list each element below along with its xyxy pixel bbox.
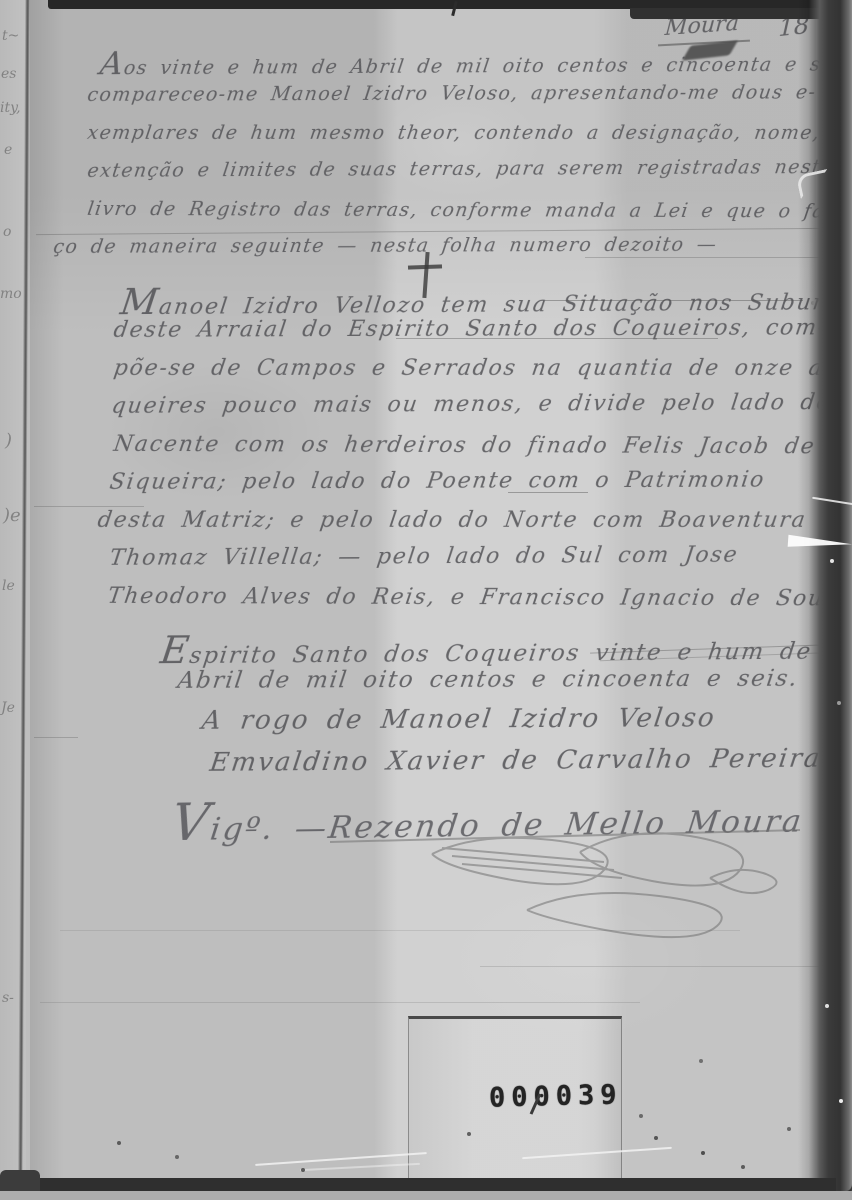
margin-fragment: )	[5, 430, 12, 451]
margin-fragment: )e	[3, 505, 21, 526]
gutter-shadow	[30, 0, 64, 1200]
margin-fragment: le	[2, 578, 15, 594]
margin-fragment: o	[3, 224, 11, 240]
manuscript-line: Thomaz Villella; — pelo lado do Sul com …	[108, 543, 740, 571]
margin-fragment: s-	[2, 990, 14, 1006]
manuscript-line: xemplares de hum mesmo theor, contendo a…	[86, 122, 847, 144]
manuscript-line: Aos vinte e hum de Abril de mil oito cen…	[98, 42, 852, 82]
margin-fragment: es	[1, 66, 16, 82]
scan-line	[60, 930, 740, 931]
margin-fragment: mo	[0, 286, 22, 302]
attestation-line: A rogo de Manoel Izidro Veloso	[200, 703, 718, 736]
scan-line	[585, 257, 833, 258]
scan-line	[34, 506, 144, 507]
signature-flourish	[322, 818, 812, 943]
witness-signature: Emvaldino Xavier de Carvalho Pereira	[208, 744, 824, 778]
stamp-box: 000039	[408, 1016, 622, 1181]
margin-fragment: e	[4, 142, 12, 158]
manuscript-line: extenção e limites de suas terras, para …	[86, 156, 835, 182]
strike-mark	[396, 338, 718, 339]
manuscript-line: desta Matriz; e pelo lado do Norte com B…	[96, 508, 808, 533]
scan-line	[480, 966, 850, 967]
manuscript-line: queires pouco mais ou menos, e divide pe…	[110, 390, 833, 419]
scan-line	[34, 737, 78, 738]
stamp-number: 000039	[489, 1079, 623, 1113]
manuscript-line: compareceo-me Manoel Izidro Veloso, apre…	[86, 81, 818, 106]
scan-line	[40, 1002, 640, 1003]
copy-border-bottom	[0, 1178, 836, 1191]
margin-fragment: ity,	[0, 100, 21, 116]
scanned-register-page: t~ es ity, e o mo ) )e le Je s- Moura 18…	[0, 0, 852, 1200]
manuscript-line: põe-se de Campos e Serrados na quantia d…	[112, 356, 843, 381]
dust-speckles	[0, 0, 2, 2]
manuscript-line: Abril de mil oito centos e cincoenta e s…	[176, 666, 800, 694]
manuscript-line: ço de maneira seguinte — nesta folha num…	[52, 234, 719, 258]
manuscript-line: livro de Registro das terras, conforme m…	[86, 198, 835, 223]
manuscript-line: Siqueira; pelo lado do Poente com o Patr…	[108, 468, 767, 495]
manuscript-line: Theodoro Alves do Reis, e Francisco Igna…	[106, 584, 852, 612]
manuscript-line: Nacente com os herdeiros do finado Felis…	[112, 432, 817, 459]
margin-fragment: t~	[2, 28, 19, 44]
margin-fragment: Je	[1, 700, 15, 716]
underline-mark	[508, 492, 588, 493]
underline-mark	[545, 300, 803, 301]
copy-margin-bottom	[0, 1191, 852, 1200]
